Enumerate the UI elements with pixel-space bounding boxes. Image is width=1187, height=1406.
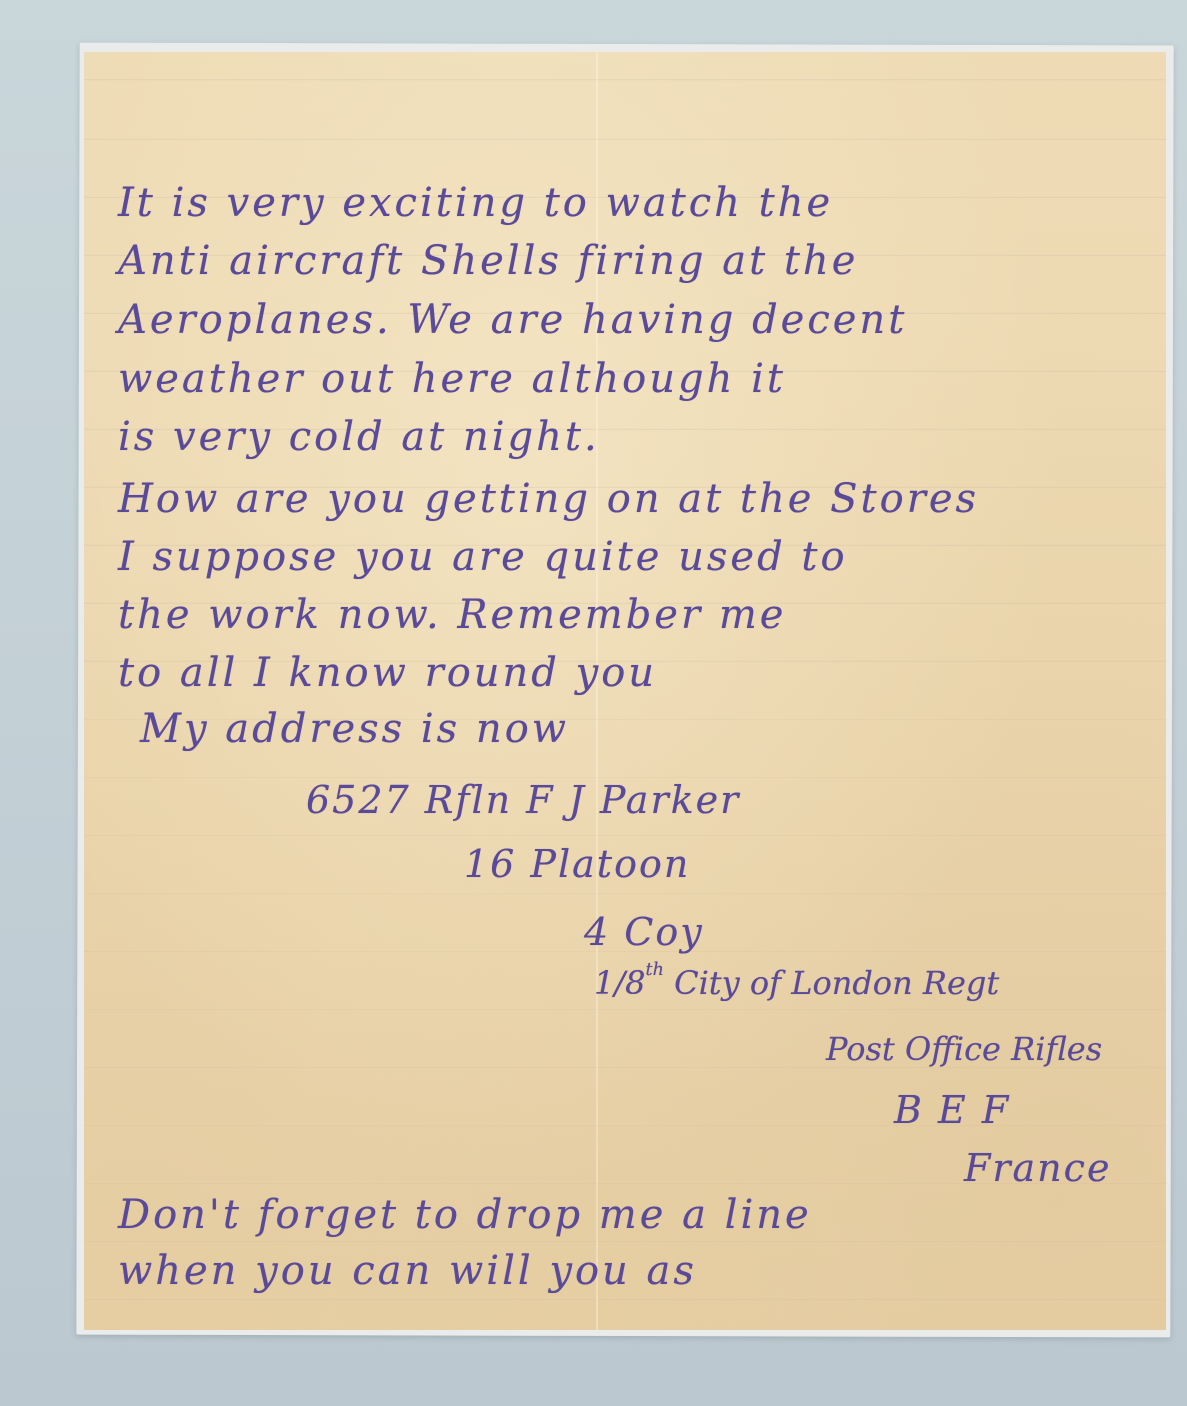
letter-line-1: It is very exciting to watch the: [118, 180, 833, 226]
letter-line-8: the work now. Remember me: [118, 592, 786, 638]
address-name: 6527 Rfln F J Parker: [306, 778, 740, 822]
address-platoon: 16 Platoon: [464, 842, 690, 886]
address-country: France: [964, 1146, 1111, 1190]
closing-line-2: when you can will you as: [118, 1248, 697, 1294]
address-company: 4 Coy: [584, 910, 704, 954]
regiment-ordinal: th: [646, 960, 664, 980]
address-bef: B E F: [894, 1088, 1010, 1132]
letter-line-6: How are you getting on at the Stores: [118, 476, 979, 522]
letter-page: It is very exciting to watch the Anti ai…: [84, 52, 1166, 1330]
closing-line-1: Don't forget to drop me a line: [118, 1192, 812, 1238]
letter-line-2: Anti aircraft Shells firing at the: [118, 238, 858, 284]
regiment-number: 1/8: [594, 964, 646, 1002]
letter-line-4: weather out here although it: [118, 356, 786, 402]
address-regiment: 1/8th City of London Regt: [594, 964, 999, 1002]
address-unit: Post Office Rifles: [826, 1030, 1102, 1068]
letter-line-9: to all I know round you: [118, 650, 657, 696]
letter-line-7: I suppose you are quite used to: [118, 534, 848, 580]
letter-line-10: My address is now: [140, 706, 569, 752]
regiment-name: City of London Regt: [674, 964, 999, 1002]
letter-line-3: Aeroplanes. We are having decent: [118, 297, 907, 343]
letter-line-5: is very cold at night.: [118, 414, 600, 460]
